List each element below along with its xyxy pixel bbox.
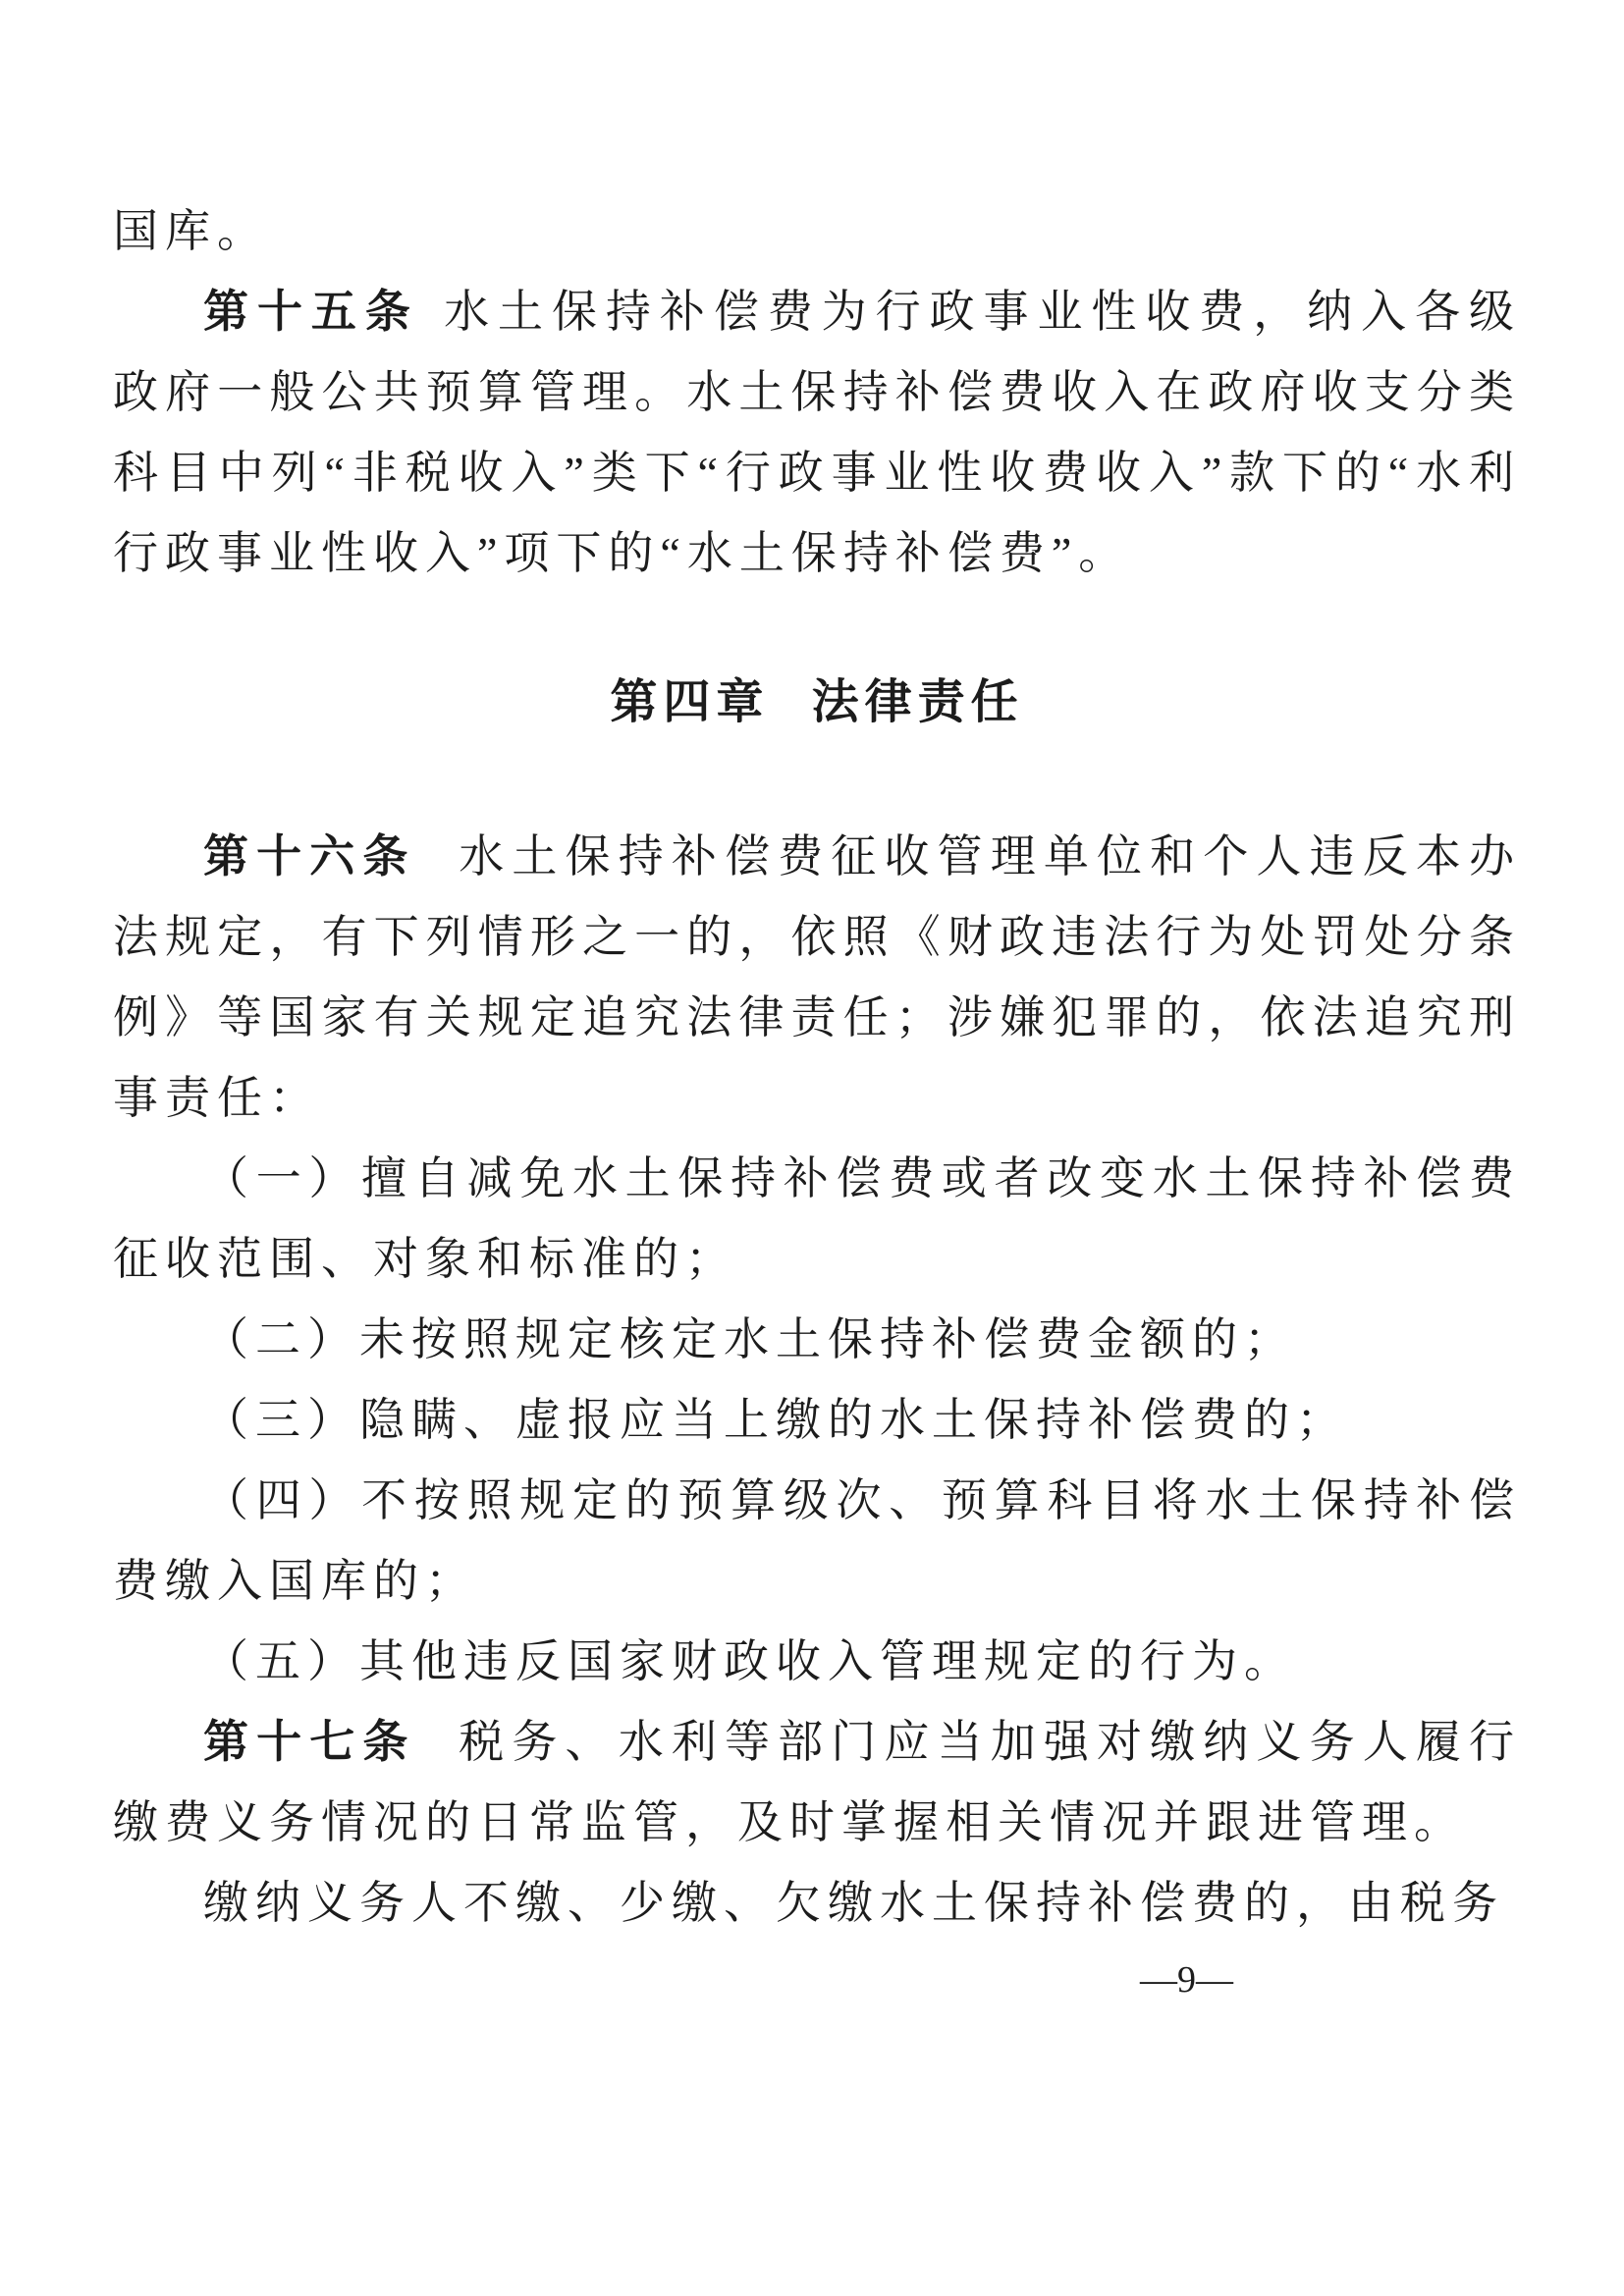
list-item-3: （三）隐瞒、虚报应当上缴的水土保持补偿费的； [113, 1380, 1521, 1461]
article-15-number: 第十五条 [203, 287, 419, 337]
chapter-heading: 第四章法律责任 [113, 663, 1521, 743]
article-16-number: 第十六条 [203, 831, 416, 881]
paragraph-article-17: 第十七条税务、水利等部门应当加强对缴纳义务人履行缴费义务情况的日常监管，及时掌握… [113, 1702, 1521, 1863]
document-body: 国库。 第十五条水土保持补偿费为行政事业性收费，纳入各级政府一般公共预算管理。水… [0, 0, 1624, 1944]
paragraph-closing: 缴纳义务人不缴、少缴、欠缴水土保持补偿费的，由税务 [113, 1863, 1521, 1944]
list-item-4: （四）不按照规定的预算级次、预算科目将水土保持补偿费缴入国库的； [113, 1461, 1521, 1622]
document-page: 国库。 第十五条水土保持补偿费为行政事业性收费，纳入各级政府一般公共预算管理。水… [0, 0, 1624, 2296]
list-item-5: （五）其他违反国家财政收入管理规定的行为。 [113, 1622, 1521, 1702]
page-number: —9— [0, 1955, 1624, 2004]
chapter-title: 法律责任 [812, 676, 1024, 728]
paragraph-continuation: 国库。 [113, 191, 1521, 272]
article-17-number: 第十七条 [203, 1717, 416, 1767]
paragraph-article-15: 第十五条水土保持补偿费为行政事业性收费，纳入各级政府一般公共预算管理。水土保持补… [113, 272, 1521, 594]
chapter-number: 第四章 [610, 676, 769, 728]
list-item-1: （一）擅自减免水土保持补偿费或者改变水土保持补偿费征收范围、对象和标准的； [113, 1139, 1521, 1300]
paragraph-article-16: 第十六条水土保持补偿费征收管理单位和个人违反本办法规定，有下列情形之一的，依照《… [113, 817, 1521, 1139]
list-item-2: （二）未按照规定核定水土保持补偿费金额的； [113, 1300, 1521, 1380]
